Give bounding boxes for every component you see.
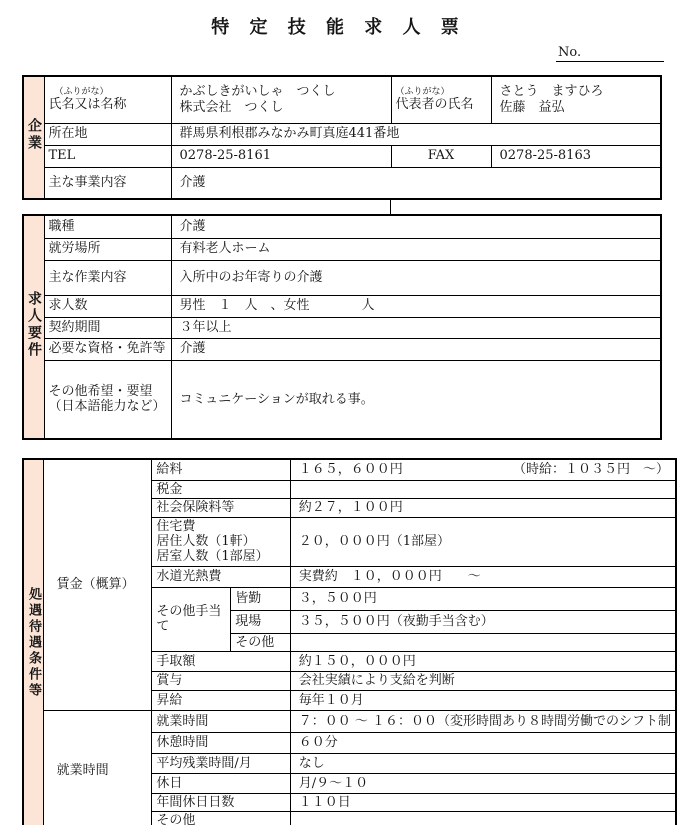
work-hours-label: 就業時間	[152, 711, 290, 733]
insurance-label: 社会保険料等	[152, 498, 290, 517]
salary-value: １６５，６００円 （時給：１０３５円 ～）	[290, 459, 676, 480]
company-name-label: 氏名又は名称	[49, 97, 167, 112]
bonus-value: 会社実績により支給を判断	[290, 672, 676, 691]
break-time-value: ６０分	[290, 733, 676, 754]
housing-value: ２０，０００円（1部屋）	[290, 517, 676, 566]
table-row: 就業時間 就業時間 ７：００ ～ １６：００（変形時間あり８時間労働でのシフト制	[23, 711, 676, 733]
takehome-value: 約１５０，０００円	[290, 652, 676, 672]
company-name: 株式会社 つくし	[180, 100, 387, 115]
insurance-value: 約２７，１００円	[290, 498, 676, 517]
holidays-value: 月/９～１０	[290, 774, 676, 794]
table-row: 求人要件 職種 介護	[23, 215, 661, 238]
work-description-value: 入所中のお年寄りの介護	[171, 260, 661, 295]
address-value: 群馬県利根郡みなかみ町真庭441番地	[171, 123, 661, 145]
conditions-table: 処遇待遇条件等 賃金（概算） 給料 １６５，６００円 （時給：１０３５円 ～） …	[22, 458, 677, 825]
table-row: 処遇待遇条件等 賃金（概算） 給料 １６５，６００円 （時給：１０３５円 ～）	[23, 459, 676, 480]
representative-furigana-label: （ふりがな）	[396, 87, 487, 98]
raise-value: 毎年１０月	[290, 691, 676, 711]
contract-period-value: ３年以上	[171, 317, 661, 338]
company-name-furigana: かぶしきがいしゃ つくし	[180, 84, 387, 99]
table-row: 主な事業内容 介護	[23, 167, 661, 199]
housing-label: 住宅費 居住人数（1軒） 居室人数（1部屋）	[152, 517, 290, 566]
tel-label: TEL	[44, 145, 171, 167]
representative-value: さとう ますひろ 佐藤 益弘	[491, 76, 661, 123]
site-allowance-value: ３５，５００円（夜勤手当含む）	[290, 610, 676, 633]
utilities-value: 実費約 １０，０００円 ～	[290, 566, 676, 587]
workplace-label: 就労場所	[44, 238, 171, 260]
company-section-strip: 企業	[23, 76, 44, 199]
company-name-furigana-label: （ふりがな）	[49, 87, 167, 98]
company-table: 企業 （ふりがな） 氏名又は名称 かぶしきがいしゃ つくし 株式会社 つくし （…	[22, 75, 662, 200]
representative-label: 代表者の氏名	[396, 97, 487, 112]
annual-holidays-value: １１０日	[290, 794, 676, 812]
fax-label: FAX	[391, 145, 491, 167]
company-name-header: （ふりがな） 氏名又は名称	[44, 76, 171, 123]
representative-header: （ふりがな） 代表者の氏名	[391, 76, 491, 123]
table-row: 主な作業内容 入所中のお年寄りの介護	[23, 260, 661, 295]
other-requests-label-line2: （日本語能力など）	[49, 399, 167, 414]
housing-label-line2: 居住人数（1軒）	[156, 534, 285, 549]
housing-label-line3: 居室人数（1部屋）	[156, 549, 285, 564]
address-label: 所在地	[44, 123, 171, 145]
other-requests-label-line1: その他希望・要望	[49, 384, 167, 399]
fax-value: 0278-25-8163	[491, 145, 661, 167]
table-row: 必要な資格・免許等 介護	[23, 338, 661, 360]
salary-hourly-note: （時給：１０３５円 ～）	[513, 462, 669, 477]
table-row: その他希望・要望 （日本語能力など） コミュニケーションが取れる事。	[23, 360, 661, 439]
requirements-section-strip: 求人要件	[23, 215, 44, 439]
company-section-label: 企業	[25, 118, 42, 152]
workplace-value: 有料老人ホーム	[171, 238, 661, 260]
annual-holidays-label: 年間休日日数	[152, 794, 290, 812]
misc-allowance-value	[290, 633, 676, 651]
other-requests-label: その他希望・要望 （日本語能力など）	[44, 360, 171, 439]
divider-line	[390, 198, 391, 214]
requirements-table: 求人要件 職種 介護 就労場所 有料老人ホーム 主な作業内容 入所中のお年寄りの…	[22, 214, 662, 440]
table-row: TEL 0278-25-8161 FAX 0278-25-8163	[23, 145, 661, 167]
wage-group-label: 賃金（概算）	[43, 459, 152, 711]
table-row: 契約期間 ３年以上	[23, 317, 661, 338]
work-hours-value: ７：００ ～ １６：００（変形時間あり８時間労働でのシフト制	[290, 711, 676, 733]
raise-label: 昇給	[152, 691, 290, 711]
other-allowance-label: その他手当て	[152, 587, 231, 651]
job-type-value: 介護	[171, 215, 661, 238]
openings-value: 男性 １ 人 、女性 人	[171, 295, 661, 317]
overtime-value: なし	[290, 754, 676, 774]
document-number-field: No.	[556, 45, 664, 62]
requirements-section-label: 求人要件	[25, 291, 42, 359]
salary-amount: １６５，６００円	[299, 462, 403, 477]
site-allowance-label: 現場	[231, 610, 290, 633]
overtime-label: 平均残業時間/月	[152, 754, 290, 774]
document-number-label: No.	[558, 45, 581, 60]
salary-label: 給料	[152, 459, 290, 480]
document-page: 特 定 技 能 求 人 票 No. 企業 （ふりがな） 氏名又は名称 かぶしきが…	[0, 0, 677, 825]
other-requests-value: コミュニケーションが取れる事。	[171, 360, 661, 439]
table-row: 企業 （ふりがな） 氏名又は名称 かぶしきがいしゃ つくし 株式会社 つくし （…	[23, 76, 661, 123]
representative-name: 佐藤 益弘	[500, 100, 657, 115]
tax-label: 税金	[152, 480, 290, 498]
page-title: 特 定 技 能 求 人 票	[0, 13, 677, 39]
work-description-label: 主な作業内容	[44, 260, 171, 295]
qualifications-value: 介護	[171, 338, 661, 360]
representative-furigana: さとう ますひろ	[500, 84, 657, 99]
business-label: 主な事業内容	[44, 167, 171, 199]
tax-value	[290, 480, 676, 498]
contract-period-label: 契約期間	[44, 317, 171, 338]
qualifications-label: 必要な資格・免許等	[44, 338, 171, 360]
table-row: 所在地 群馬県利根郡みなかみ町真庭441番地	[23, 123, 661, 145]
work-hours-group-label: 就業時間	[43, 711, 152, 825]
work-other-value	[290, 812, 676, 825]
housing-label-line1: 住宅費	[156, 519, 285, 534]
takehome-label: 手取額	[152, 652, 290, 672]
conditions-section-strip: 処遇待遇条件等	[23, 459, 43, 825]
job-type-label: 職種	[44, 215, 171, 238]
attendance-allowance-label: 皆勤	[231, 587, 290, 610]
business-value: 介護	[171, 167, 661, 199]
attendance-allowance-value: ３，５００円	[290, 587, 676, 610]
tel-value: 0278-25-8161	[171, 145, 391, 167]
misc-allowance-label: その他	[231, 633, 290, 651]
holidays-label: 休日	[152, 774, 290, 794]
bonus-label: 賞与	[152, 672, 290, 691]
break-time-label: 休憩時間	[152, 733, 290, 754]
table-row: 求人数 男性 １ 人 、女性 人	[23, 295, 661, 317]
work-other-label: その他	[152, 812, 290, 825]
conditions-section-label: 処遇待遇条件等	[26, 587, 41, 699]
company-name-value: かぶしきがいしゃ つくし 株式会社 つくし	[171, 76, 391, 123]
utilities-label: 水道光熱費	[152, 566, 290, 587]
table-row: 就労場所 有料老人ホーム	[23, 238, 661, 260]
openings-label: 求人数	[44, 295, 171, 317]
